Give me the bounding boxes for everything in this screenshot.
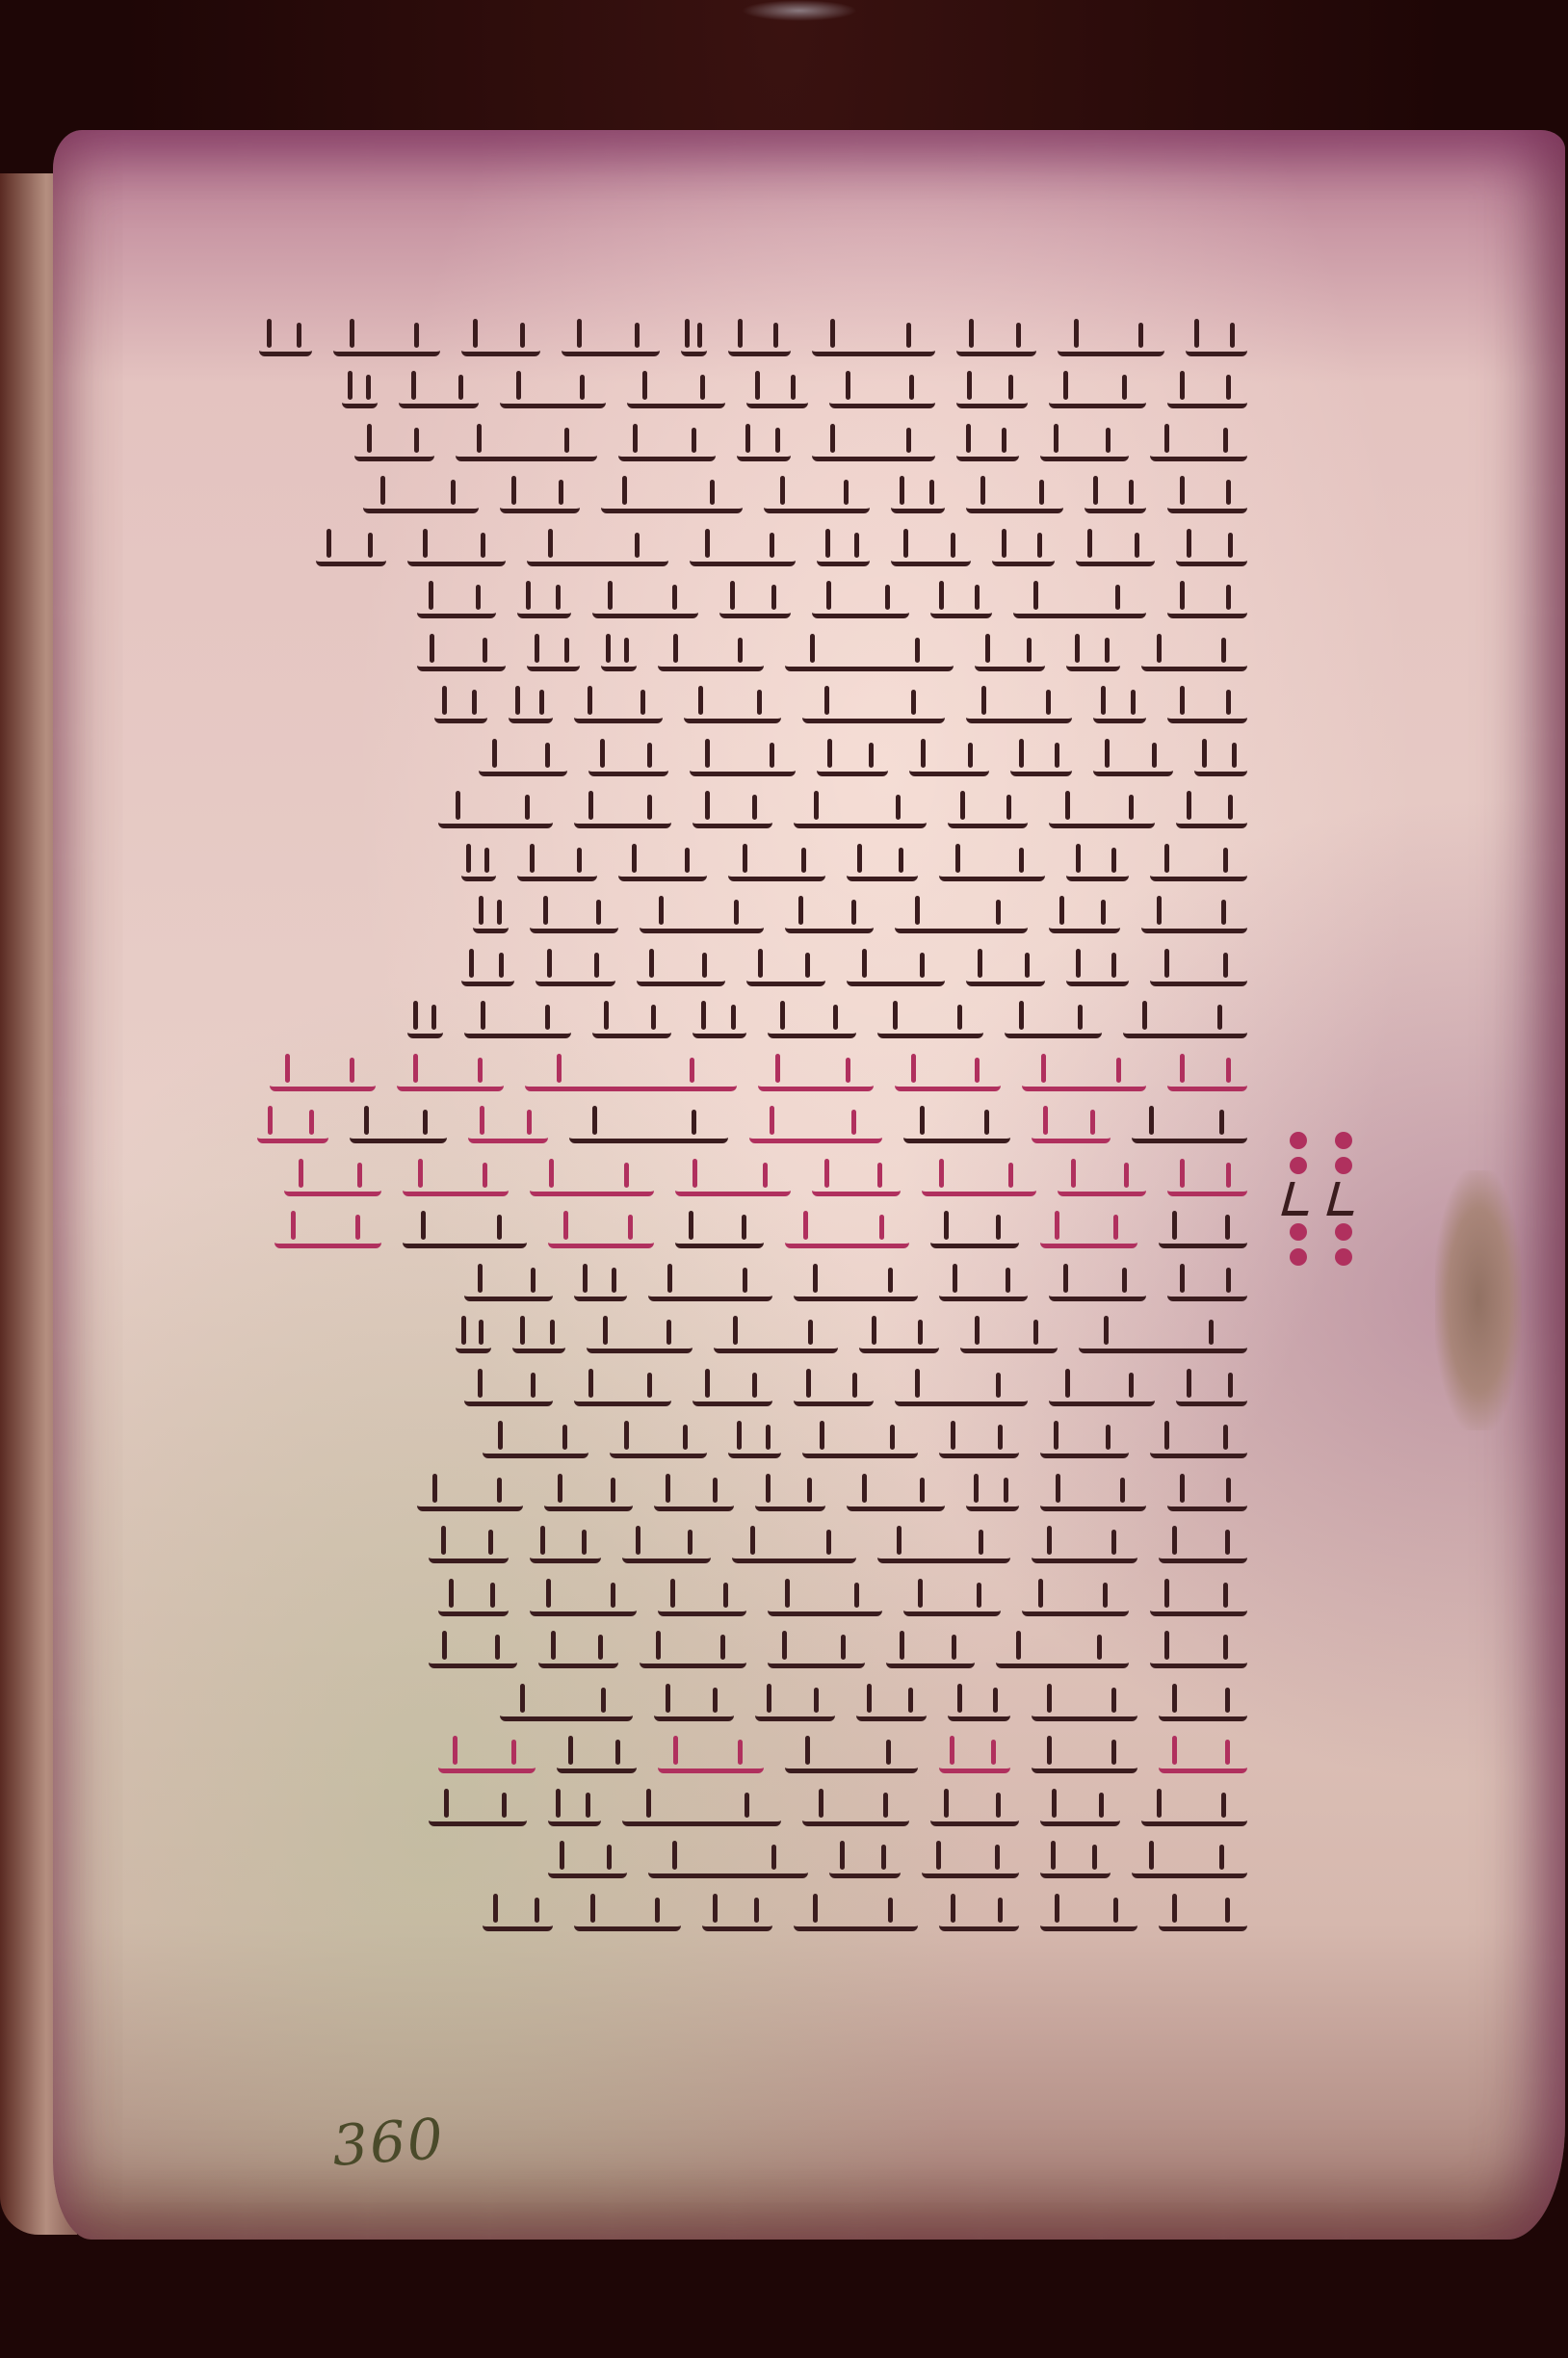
script-word	[592, 594, 698, 618]
script-word	[1167, 1277, 1247, 1301]
text-line	[217, 1421, 1247, 1474]
script-word	[350, 1119, 447, 1143]
script-word	[690, 542, 796, 566]
script-word	[794, 1277, 918, 1301]
script-word	[530, 1592, 636, 1616]
script-word	[1085, 489, 1146, 513]
script-word	[930, 594, 992, 618]
rubric-dot-icon	[1290, 1132, 1307, 1149]
folio-number: 360	[330, 2106, 447, 2179]
script-word	[1058, 1172, 1146, 1196]
script-word	[473, 909, 509, 933]
script-word	[622, 1539, 711, 1563]
script-word	[1150, 857, 1247, 881]
rubric-dot-icon	[1290, 1157, 1307, 1174]
script-word	[1186, 332, 1247, 356]
text-line	[217, 686, 1247, 739]
script-word	[417, 1487, 523, 1511]
script-word	[342, 384, 378, 408]
script-word	[1150, 1644, 1247, 1668]
text-line	[217, 738, 1247, 791]
script-word	[500, 1697, 633, 1721]
script-word	[464, 1277, 553, 1301]
script-word	[728, 857, 825, 881]
rubric-marginal-ornament-left	[1286, 1132, 1311, 1334]
text-line	[217, 791, 1247, 844]
script-word	[812, 332, 936, 356]
script-word	[746, 384, 808, 408]
script-word	[1079, 1329, 1247, 1353]
script-word	[1159, 1539, 1247, 1563]
script-word	[530, 1172, 654, 1196]
script-word	[569, 1119, 729, 1143]
script-word	[417, 594, 497, 618]
text-line	[217, 1316, 1247, 1369]
rubric-dot-icon	[1335, 1157, 1352, 1174]
script-word	[755, 1487, 826, 1511]
rubric-dot-icon	[1290, 1223, 1307, 1241]
script-word	[675, 1172, 791, 1196]
script-word	[749, 1119, 882, 1143]
script-word	[794, 1382, 874, 1406]
script-word	[500, 384, 606, 408]
script-word	[456, 437, 597, 461]
script-word	[1049, 1382, 1155, 1406]
script-word	[1176, 804, 1247, 828]
script-word	[527, 542, 668, 566]
script-word	[1176, 1382, 1247, 1406]
script-word	[527, 647, 580, 671]
script-word	[468, 1119, 548, 1143]
script-word	[785, 647, 954, 671]
script-word	[399, 384, 479, 408]
script-word	[1010, 752, 1072, 776]
script-word	[1167, 489, 1247, 513]
script-word	[939, 1277, 1028, 1301]
script-word	[536, 962, 615, 986]
script-word	[859, 1329, 939, 1353]
script-word	[1093, 699, 1146, 723]
script-word	[525, 1067, 738, 1091]
script-word	[429, 1539, 509, 1563]
script-word	[456, 1329, 491, 1353]
script-word	[992, 542, 1054, 566]
script-word	[939, 1907, 1019, 1931]
script-word	[802, 699, 944, 723]
script-word	[794, 804, 927, 828]
script-word	[548, 1802, 601, 1826]
script-word	[270, 1067, 376, 1091]
script-word	[1022, 1067, 1146, 1091]
script-word	[966, 489, 1063, 513]
script-word	[812, 437, 936, 461]
script-word	[483, 1907, 554, 1931]
script-word	[817, 752, 888, 776]
script-word	[592, 1014, 672, 1038]
script-word	[956, 332, 1036, 356]
script-word	[764, 489, 870, 513]
script-word	[930, 1224, 1019, 1248]
script-word	[1159, 1749, 1247, 1773]
script-word	[1066, 857, 1128, 881]
script-word	[509, 699, 553, 723]
script-word	[1040, 1802, 1120, 1826]
script-word	[640, 1644, 745, 1668]
script-word	[948, 804, 1028, 828]
script-word	[284, 1172, 381, 1196]
script-word	[654, 1487, 734, 1511]
script-word	[574, 1382, 671, 1406]
script-word	[479, 752, 567, 776]
script-word	[922, 1172, 1037, 1196]
script-word	[461, 962, 514, 986]
text-line	[217, 1683, 1247, 1736]
text-line	[217, 1788, 1247, 1841]
script-word	[847, 857, 918, 881]
script-word	[648, 1854, 808, 1878]
script-word	[1013, 594, 1146, 618]
syriac-text-block	[217, 318, 1247, 1946]
script-word	[891, 489, 944, 513]
script-word	[1032, 1697, 1137, 1721]
reflection-glare	[742, 0, 857, 21]
script-word	[438, 1749, 536, 1773]
script-word	[557, 1749, 637, 1773]
script-word	[654, 1697, 734, 1721]
script-word	[693, 1382, 772, 1406]
text-line	[217, 1473, 1247, 1526]
script-word	[1066, 647, 1119, 671]
text-line	[217, 1893, 1247, 1946]
script-word	[1159, 1224, 1247, 1248]
script-word	[637, 962, 725, 986]
text-line	[217, 1631, 1247, 1684]
text-line	[217, 318, 1247, 371]
script-word	[574, 804, 671, 828]
script-word	[601, 489, 743, 513]
script-word	[737, 437, 790, 461]
script-word	[517, 857, 597, 881]
script-word	[434, 699, 487, 723]
script-word	[922, 1854, 1019, 1878]
script-word	[886, 1644, 975, 1668]
script-word	[548, 1854, 628, 1878]
script-word	[939, 1434, 1019, 1458]
script-word	[1141, 1802, 1247, 1826]
text-line	[217, 1211, 1247, 1264]
script-word	[640, 909, 764, 933]
text-line	[217, 371, 1247, 424]
rubric-dot-icon	[1290, 1248, 1307, 1266]
script-word	[648, 1277, 772, 1301]
script-word	[975, 647, 1046, 671]
script-word	[1032, 1749, 1137, 1773]
script-word	[512, 1329, 565, 1353]
text-line	[217, 896, 1247, 949]
script-word	[1159, 1907, 1247, 1931]
script-word	[1132, 1119, 1247, 1143]
script-word	[1159, 1697, 1247, 1721]
rubric-dot-icon	[1335, 1223, 1352, 1241]
script-word	[622, 1802, 782, 1826]
text-line	[217, 1526, 1247, 1579]
script-word	[812, 1172, 901, 1196]
text-line	[217, 1106, 1247, 1159]
script-word	[574, 699, 663, 723]
script-word	[930, 1802, 1019, 1826]
water-stain	[1435, 1170, 1522, 1430]
marginal-mark-icon	[1326, 1182, 1361, 1216]
script-word	[702, 1907, 773, 1931]
script-word	[1076, 542, 1156, 566]
script-word	[714, 1329, 838, 1353]
script-word	[1049, 909, 1120, 933]
script-word	[658, 1749, 764, 1773]
script-word	[1167, 699, 1247, 723]
script-word	[257, 1119, 328, 1143]
script-word	[530, 1539, 601, 1563]
script-word	[1040, 437, 1129, 461]
script-word	[417, 647, 506, 671]
rubric-marginal-ornament-right	[1331, 1132, 1356, 1334]
script-word	[574, 1277, 627, 1301]
text-line	[217, 1053, 1247, 1106]
script-word	[996, 1644, 1129, 1668]
script-word	[909, 752, 989, 776]
script-word	[544, 1487, 633, 1511]
text-line	[217, 1158, 1247, 1211]
script-word	[1167, 384, 1247, 408]
script-word	[891, 542, 971, 566]
text-line	[217, 1368, 1247, 1421]
script-word	[755, 1697, 835, 1721]
script-word	[517, 594, 570, 618]
script-word	[500, 489, 580, 513]
script-word	[538, 1644, 618, 1668]
script-word	[956, 384, 1028, 408]
script-word	[681, 332, 708, 356]
script-word	[1093, 752, 1173, 776]
script-word	[895, 1067, 1001, 1091]
script-word	[1058, 332, 1163, 356]
script-word	[548, 1224, 654, 1248]
text-line	[217, 843, 1247, 896]
script-word	[794, 1907, 918, 1931]
script-word	[728, 332, 790, 356]
script-word	[785, 1224, 909, 1248]
script-word	[403, 1172, 509, 1196]
script-word	[1150, 1434, 1247, 1458]
script-word	[1132, 1854, 1247, 1878]
script-word	[429, 1644, 517, 1668]
script-word	[618, 437, 716, 461]
script-word	[693, 804, 772, 828]
script-word	[1032, 1119, 1111, 1143]
script-word	[354, 437, 434, 461]
script-word	[658, 647, 764, 671]
rubric-dot-icon	[1335, 1132, 1352, 1149]
script-word	[1150, 1592, 1247, 1616]
text-line	[217, 1001, 1247, 1054]
script-word	[1005, 1014, 1102, 1038]
script-word	[847, 962, 944, 986]
script-word	[746, 962, 826, 986]
script-word	[939, 857, 1045, 881]
script-word	[483, 1434, 588, 1458]
script-word	[856, 1697, 928, 1721]
marginal-mark-icon	[1281, 1182, 1316, 1216]
text-line	[217, 1263, 1247, 1316]
script-word	[728, 1434, 781, 1458]
script-word	[259, 332, 312, 356]
script-word	[903, 1592, 1001, 1616]
script-word	[960, 1329, 1058, 1353]
script-word	[785, 909, 874, 933]
script-word	[895, 909, 1028, 933]
script-word	[758, 1067, 874, 1091]
script-word	[464, 1014, 570, 1038]
text-line	[217, 528, 1247, 581]
rubric-dot-icon	[1335, 1248, 1352, 1266]
script-word	[1141, 647, 1247, 671]
script-word	[1167, 594, 1247, 618]
script-word	[274, 1224, 380, 1248]
script-word	[1167, 1487, 1247, 1511]
script-word	[1049, 1277, 1146, 1301]
script-word	[1049, 804, 1155, 828]
script-word	[574, 1907, 680, 1931]
script-word	[817, 542, 870, 566]
script-word	[895, 1382, 1028, 1406]
script-word	[588, 752, 668, 776]
script-word	[966, 1487, 1019, 1511]
text-line	[217, 1841, 1247, 1894]
script-word	[429, 1802, 526, 1826]
script-word	[785, 1749, 918, 1773]
script-word	[847, 1487, 944, 1511]
script-word	[966, 699, 1072, 723]
script-word	[403, 1224, 527, 1248]
script-word	[1040, 1854, 1111, 1878]
script-word	[461, 332, 541, 356]
script-word	[627, 384, 724, 408]
script-word	[877, 1014, 983, 1038]
script-word	[562, 332, 659, 356]
script-word	[719, 594, 791, 618]
script-word	[690, 752, 796, 776]
script-word	[1150, 962, 1247, 986]
script-word	[768, 1014, 856, 1038]
script-word	[802, 1434, 918, 1458]
script-word	[1167, 1067, 1247, 1091]
script-word	[587, 1329, 693, 1353]
script-word	[601, 647, 637, 671]
script-word	[1040, 1487, 1146, 1511]
script-word	[530, 909, 618, 933]
script-word	[658, 1592, 746, 1616]
text-line	[217, 1736, 1247, 1789]
script-word	[1040, 1224, 1137, 1248]
script-word	[407, 542, 505, 566]
script-word	[438, 804, 554, 828]
text-line	[217, 581, 1247, 634]
script-word	[675, 1224, 764, 1248]
script-word	[1040, 1434, 1129, 1458]
script-word	[407, 1014, 443, 1038]
script-word	[1141, 909, 1247, 933]
script-word	[829, 1854, 901, 1878]
script-word	[618, 857, 707, 881]
script-word	[1066, 962, 1128, 986]
script-word	[1167, 1172, 1247, 1196]
script-word	[1194, 752, 1247, 776]
script-word	[768, 1644, 865, 1668]
script-word	[903, 1119, 1009, 1143]
script-word	[464, 1382, 553, 1406]
text-line	[217, 476, 1247, 529]
text-line	[217, 1578, 1247, 1631]
script-word	[684, 699, 781, 723]
script-word	[333, 332, 439, 356]
script-word	[610, 1434, 707, 1458]
text-line	[217, 633, 1247, 686]
script-word	[877, 1539, 1010, 1563]
script-word	[802, 1802, 908, 1826]
script-word	[1040, 1907, 1137, 1931]
script-word	[1049, 384, 1146, 408]
script-word	[1123, 1014, 1247, 1038]
script-word	[966, 962, 1046, 986]
script-word	[1022, 1592, 1128, 1616]
script-word	[693, 1014, 745, 1038]
script-word	[1032, 1539, 1137, 1563]
text-line	[217, 423, 1247, 476]
script-word	[768, 1592, 883, 1616]
script-word	[829, 384, 935, 408]
script-word	[363, 489, 479, 513]
script-word	[948, 1697, 1009, 1721]
script-word	[1176, 542, 1247, 566]
script-word	[438, 1592, 510, 1616]
script-word	[812, 594, 909, 618]
script-word	[1150, 437, 1247, 461]
text-line	[217, 948, 1247, 1001]
script-word	[939, 1749, 1010, 1773]
script-word	[316, 542, 387, 566]
script-word	[956, 437, 1018, 461]
script-word	[397, 1067, 503, 1091]
script-word	[732, 1539, 856, 1563]
script-word	[461, 857, 497, 881]
